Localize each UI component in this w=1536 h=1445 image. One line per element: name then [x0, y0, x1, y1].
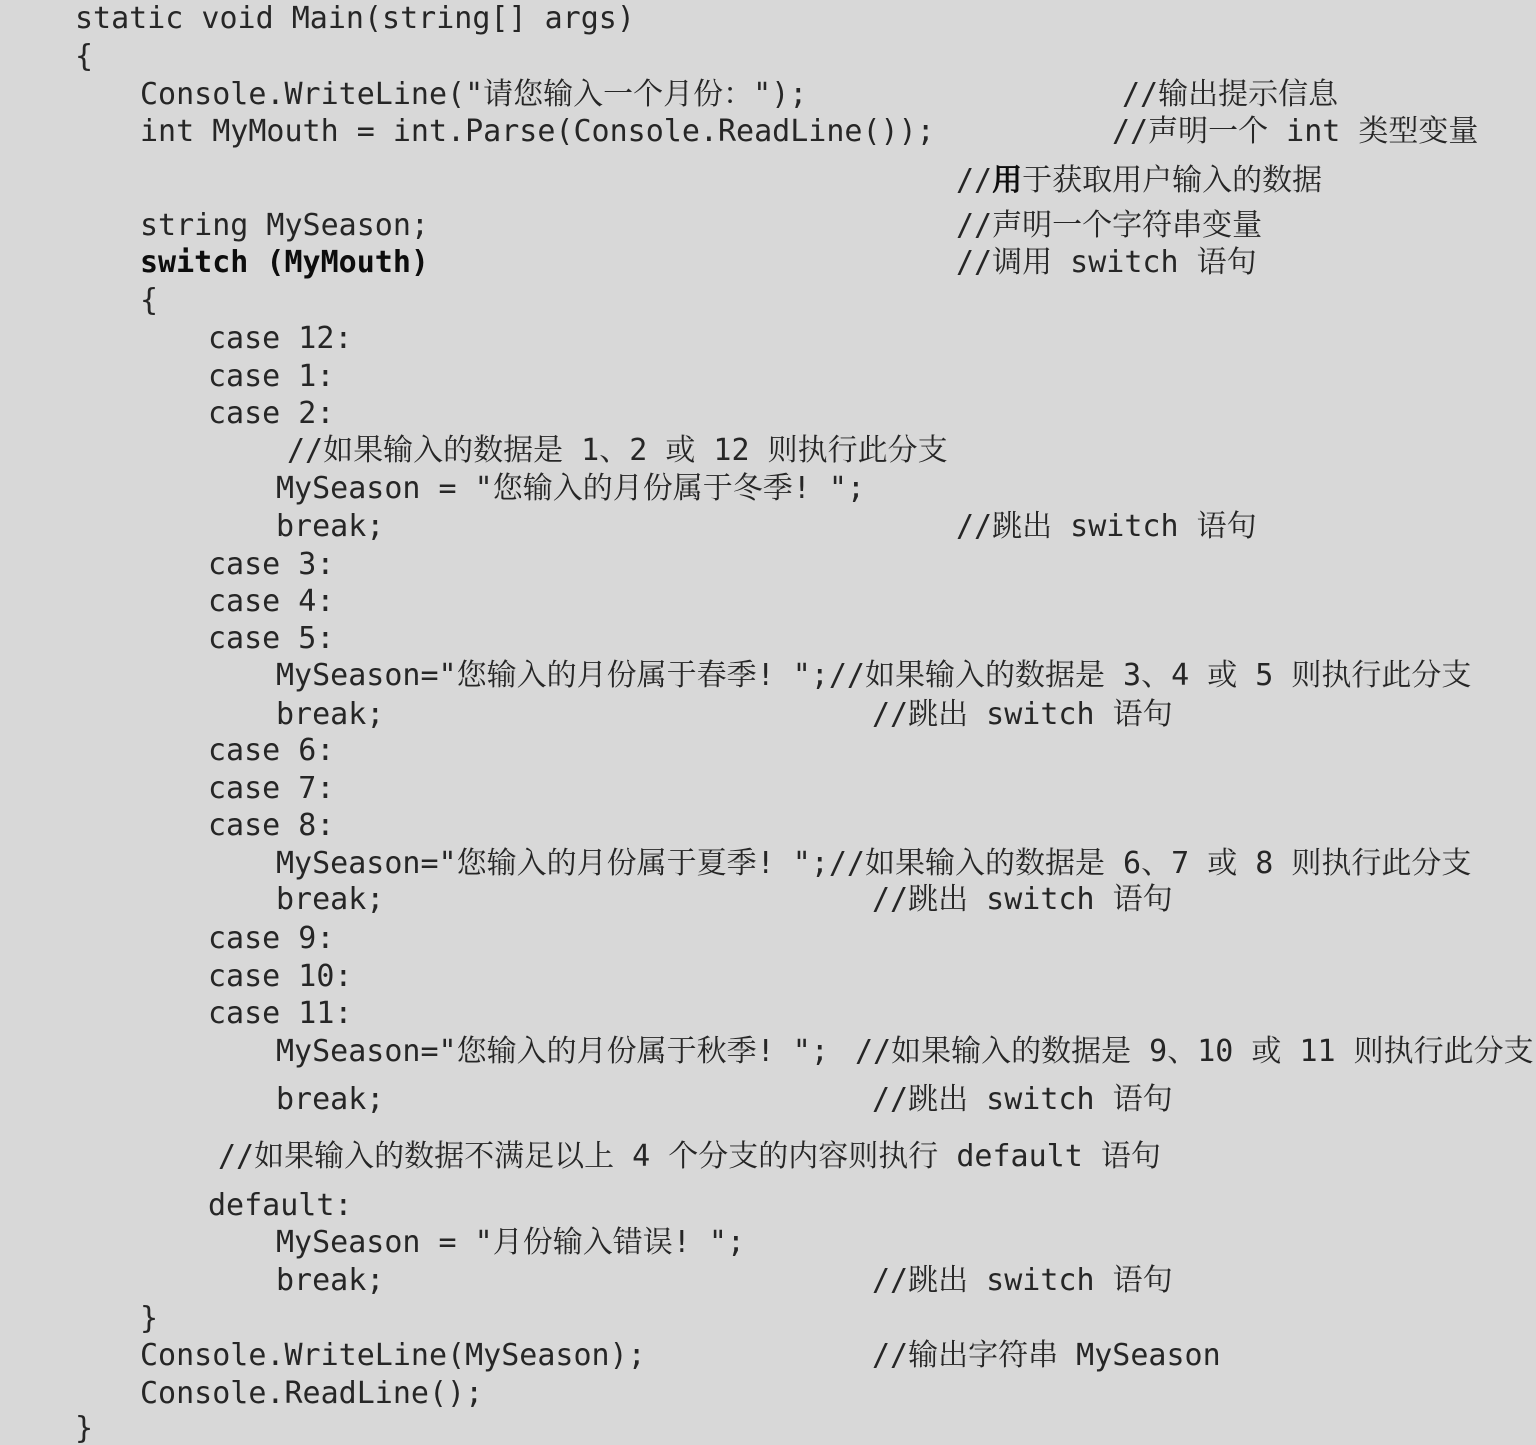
code-text-bold: 用 — [992, 163, 1022, 198]
code-line: Console.ReadLine(); — [0, 1376, 1536, 1412]
code-line: } — [0, 1301, 1536, 1337]
code-line: case 2: — [0, 396, 1536, 432]
code-text-run: break; — [276, 509, 384, 544]
code-line: string MySeason;//声明一个字符串变量 — [0, 208, 1536, 244]
code-line: break;//跳出 switch 语句 — [0, 1082, 1536, 1118]
code-line: MySeason="您输入的月份属于秋季! ";//如果输入的数据是 9、10 … — [0, 1034, 1536, 1070]
code-line: break;//跳出 switch 语句 — [0, 1263, 1536, 1299]
code-line: int MyMouth = int.Parse(Console.ReadLine… — [0, 114, 1536, 150]
code-text: } — [140, 1301, 158, 1337]
code-text-run: case 9: — [208, 921, 334, 956]
code-text-run: case 7: — [208, 771, 334, 806]
code-text: case 1: — [208, 359, 334, 395]
code-text-run: case 8: — [208, 808, 334, 843]
code-text-run: case 5: — [208, 621, 334, 656]
code-text: case 7: — [208, 771, 334, 807]
code-text-run: { — [75, 39, 93, 74]
code-line: MySeason="您输入的月份属于夏季! ";//如果输入的数据是 6、7 或… — [0, 846, 1536, 882]
code-text-run: } — [75, 1411, 93, 1445]
code-text-run: case 1: — [208, 359, 334, 394]
code-text: break; — [276, 1082, 384, 1118]
code-text: Console.ReadLine(); — [140, 1376, 483, 1412]
code-text-run: default: — [208, 1188, 353, 1223]
code-text-run: //跳出 switch 语句 — [872, 1082, 1173, 1117]
code-text: string MySeason; — [140, 208, 429, 244]
code-comment: //输出字符串 MySeason — [872, 1338, 1221, 1374]
code-line: break;//跳出 switch 语句 — [0, 509, 1536, 545]
code-comment: //如果输入的数据是 9、10 或 11 则执行此分支 — [855, 1034, 1534, 1070]
code-comment: //声明一个字符串变量 — [956, 208, 1262, 244]
code-text-run: break; — [276, 1263, 384, 1298]
code-text: case 4: — [208, 584, 334, 620]
code-text-run: break; — [276, 882, 384, 917]
code-line: break;//跳出 switch 语句 — [0, 697, 1536, 733]
code-line: //如果输入的数据是 1、2 或 12 则执行此分支 — [0, 433, 1536, 469]
code-text-run: string MySeason; — [140, 208, 429, 243]
code-text-run: //输出提示信息 — [1122, 77, 1338, 112]
code-text: Console.WriteLine(MySeason); — [140, 1338, 646, 1374]
code-line: case 3: — [0, 547, 1536, 583]
code-line: MySeason = "月份输入错误! "; — [0, 1225, 1536, 1261]
code-line: case 4: — [0, 584, 1536, 620]
code-text: MySeason="您输入的月份属于春季! ";//如果输入的数据是 3、4 或… — [276, 658, 1471, 694]
code-text: case 2: — [208, 396, 334, 432]
code-text: break; — [276, 509, 384, 545]
code-line: //如果输入的数据不满足以上 4 个分支的内容则执行 default 语句 — [0, 1139, 1536, 1175]
code-line: default: — [0, 1188, 1536, 1224]
code-text-run: MySeason="您输入的月份属于春季! ";//如果输入的数据是 3、4 或… — [276, 658, 1471, 693]
code-text-run: case 6: — [208, 733, 334, 768]
code-text-run: //输出字符串 MySeason — [872, 1338, 1221, 1373]
code-text: static void Main(string[] args) — [75, 1, 635, 37]
code-text: MySeason = "月份输入错误! "; — [276, 1225, 745, 1261]
code-text-run: //跳出 switch 语句 — [872, 1263, 1173, 1298]
code-text-run: MySeason="您输入的月份属于秋季! "; — [276, 1034, 829, 1069]
code-page: static void Main(string[] args){Console.… — [0, 0, 1536, 1445]
code-line: break;//跳出 switch 语句 — [0, 882, 1536, 918]
code-line: MySeason = "您输入的月份属于冬季! "; — [0, 471, 1536, 507]
code-text-run: MySeason = "月份输入错误! "; — [276, 1225, 745, 1260]
code-line: static void Main(string[] args) — [0, 1, 1536, 37]
code-comment: //调用 switch 语句 — [956, 245, 1257, 281]
code-text-run: //声明一个 int 类型变量 — [1112, 114, 1478, 149]
code-text-run: break; — [276, 697, 384, 732]
code-line: case 1: — [0, 359, 1536, 395]
code-line: case 5: — [0, 621, 1536, 657]
code-line: case 7: — [0, 771, 1536, 807]
code-line: case 8: — [0, 808, 1536, 844]
code-text: switch (MyMouth) — [140, 245, 429, 281]
code-text-run: int MyMouth = int.Parse(Console.ReadLine… — [140, 114, 935, 149]
code-line: switch (MyMouth)//调用 switch 语句 — [0, 245, 1536, 281]
code-text: MySeason="您输入的月份属于夏季! ";//如果输入的数据是 6、7 或… — [276, 846, 1471, 882]
code-text: } — [75, 1411, 93, 1445]
code-line: case 6: — [0, 733, 1536, 769]
code-text-run: break; — [276, 1082, 384, 1117]
code-text: { — [140, 283, 158, 319]
code-line: case 12: — [0, 321, 1536, 357]
code-text: MySeason="您输入的月份属于秋季! "; — [276, 1034, 829, 1070]
code-text: case 5: — [208, 621, 334, 657]
code-text-run: case 11: — [208, 996, 353, 1031]
code-text: case 8: — [208, 808, 334, 844]
code-line: MySeason="您输入的月份属于春季! ";//如果输入的数据是 3、4 或… — [0, 658, 1536, 694]
code-text-run: static void Main(string[] args) — [75, 1, 635, 36]
code-text-run: //跳出 switch 语句 — [872, 697, 1173, 732]
code-text-run: Console.WriteLine("请您输入一个月份："); — [140, 77, 807, 112]
code-line: } — [0, 1411, 1536, 1445]
code-text-run: //如果输入的数据不满足以上 4 个分支的内容则执行 default 语句 — [218, 1139, 1161, 1174]
code-comment: //跳出 switch 语句 — [872, 1263, 1173, 1299]
code-text: MySeason = "您输入的月份属于冬季! "; — [276, 471, 865, 507]
code-comment: //跳出 switch 语句 — [956, 509, 1257, 545]
code-text: Console.WriteLine("请您输入一个月份："); — [140, 77, 807, 113]
code-text-run: } — [140, 1301, 158, 1336]
code-comment: //跳出 switch 语句 — [872, 1082, 1173, 1118]
code-text: case 12: — [208, 321, 353, 357]
code-text: case 11: — [208, 996, 353, 1032]
code-text-run: { — [140, 283, 158, 318]
code-text: break; — [276, 697, 384, 733]
code-text-run: case 10: — [208, 959, 353, 994]
code-text-run: //如果输入的数据是 9、10 或 11 则执行此分支 — [855, 1034, 1534, 1069]
code-text: break; — [276, 1263, 384, 1299]
code-text: int MyMouth = int.Parse(Console.ReadLine… — [140, 114, 935, 150]
code-text: case 6: — [208, 733, 334, 769]
code-text-run: //声明一个字符串变量 — [956, 208, 1262, 243]
code-text-run: //跳出 switch 语句 — [872, 882, 1173, 917]
code-comment: //用于获取用户输入的数据 — [956, 163, 1322, 199]
code-text-run: MySeason="您输入的月份属于夏季! ";//如果输入的数据是 6、7 或… — [276, 846, 1471, 881]
code-text-run: MySeason = "您输入的月份属于冬季! "; — [276, 471, 865, 506]
code-text-run: case 2: — [208, 396, 334, 431]
code-text: case 10: — [208, 959, 353, 995]
code-text-run: //跳出 switch 语句 — [956, 509, 1257, 544]
code-text-run: //如果输入的数据是 1、2 或 12 则执行此分支 — [287, 433, 948, 468]
code-line: { — [0, 283, 1536, 319]
code-line: { — [0, 39, 1536, 75]
code-comment: //输出提示信息 — [1122, 77, 1338, 113]
code-text: { — [75, 39, 93, 75]
code-text-run: case 12: — [208, 321, 353, 356]
code-line: Console.WriteLine(MySeason);//输出字符串 MySe… — [0, 1338, 1536, 1374]
code-text-run: Console.ReadLine(); — [140, 1376, 483, 1411]
code-text-run: //调用 switch 语句 — [956, 245, 1257, 280]
code-text: case 3: — [208, 547, 334, 583]
code-comment: //如果输入的数据是 1、2 或 12 则执行此分支 — [287, 433, 948, 469]
code-line: Console.WriteLine("请您输入一个月份：");//输出提示信息 — [0, 77, 1536, 113]
code-line: //用于获取用户输入的数据 — [0, 163, 1536, 199]
code-text: break; — [276, 882, 384, 918]
code-comment: //声明一个 int 类型变量 — [1112, 114, 1478, 150]
code-text: default: — [208, 1188, 353, 1224]
code-line: case 11: — [0, 996, 1536, 1032]
code-text-run: Console.WriteLine(MySeason); — [140, 1338, 646, 1373]
code-text-run: 于获取用户输入的数据 — [1022, 163, 1322, 198]
code-text: case 9: — [208, 921, 334, 957]
code-comment: //如果输入的数据不满足以上 4 个分支的内容则执行 default 语句 — [218, 1139, 1161, 1175]
code-line: case 10: — [0, 959, 1536, 995]
code-comment: //跳出 switch 语句 — [872, 882, 1173, 918]
code-text-bold: switch (MyMouth) — [140, 245, 429, 280]
code-text-run: // — [956, 163, 992, 198]
code-text-run: case 4: — [208, 584, 334, 619]
code-text-run: case 3: — [208, 547, 334, 582]
code-comment: //跳出 switch 语句 — [872, 697, 1173, 733]
code-line: case 9: — [0, 921, 1536, 957]
